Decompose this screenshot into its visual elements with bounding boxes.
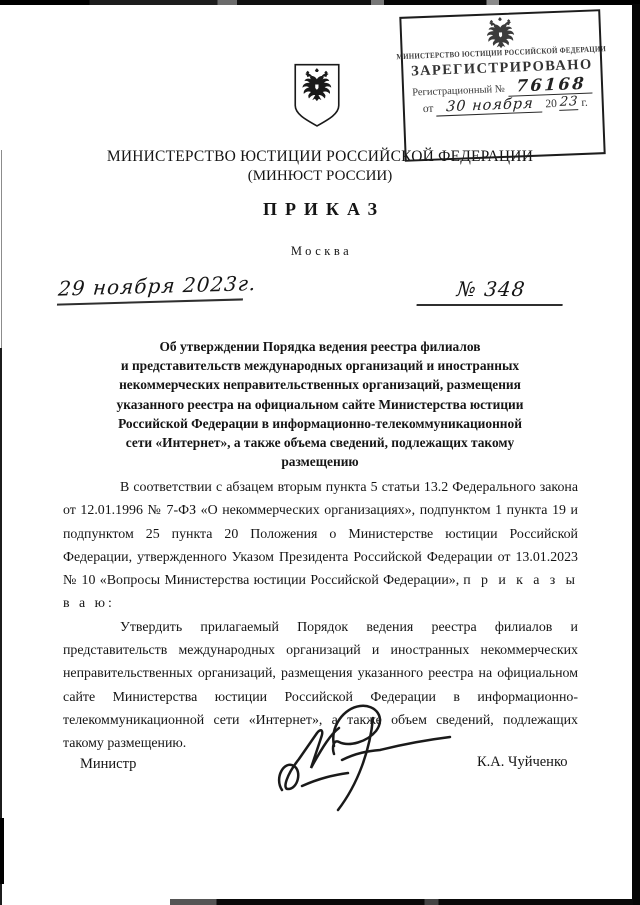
- title-line: Российской Федерации в информационно-тел…: [80, 414, 560, 433]
- stamp-eagle-icon: [481, 16, 519, 49]
- document-type-title: ПРИКАЗ: [0, 199, 640, 220]
- title-line: размещению: [80, 452, 560, 471]
- scan-edge-top: [0, 0, 640, 5]
- body-paragraph-1: В соответствии с абзацем вторым пункта 5…: [63, 476, 578, 616]
- city-label: Москва: [0, 244, 640, 259]
- title-line: сети «Интернет», а также объема сведений…: [80, 433, 560, 452]
- title-line: Об утверждении Порядка ведения реестра ф…: [80, 337, 560, 356]
- date-prefix-label: от: [423, 102, 434, 116]
- title-line: некоммерческих неправительственных орган…: [80, 375, 560, 394]
- order-date-handwritten: 29 ноября 2023г.: [57, 271, 245, 305]
- title-line: и представительств международных организ…: [80, 356, 560, 375]
- order-title: Об утверждении Порядка ведения реестра ф…: [80, 337, 560, 471]
- coat-of-arms-icon: [289, 62, 345, 130]
- year-written: 23: [559, 95, 579, 111]
- scan-edge-right: [632, 4, 640, 905]
- order-number-handwritten: № 348: [416, 277, 565, 306]
- ministry-short-name: (МИНЮСТ РОССИИ): [0, 168, 640, 185]
- registration-date-value: 30 ноября: [436, 96, 543, 116]
- signer-name: К.А. Чуйченко: [477, 754, 568, 771]
- registration-stamp: МИНИСТЕРСТВО ЮСТИЦИИ РОССИЙСКОЙ ФЕДЕРАЦИ…: [399, 9, 605, 162]
- year-printed: 20: [545, 98, 557, 112]
- handwritten-signature: [272, 698, 457, 820]
- registration-number-value: 76168: [508, 75, 593, 96]
- paragraph-1-text: В соответствии с абзацем вторым пункта 5…: [63, 480, 578, 588]
- signer-position-label: Министр: [80, 756, 136, 773]
- year-suffix: г.: [581, 96, 588, 110]
- title-line: указанного реестра на официальном сайте …: [80, 395, 560, 414]
- scanned-order-document: МИНИСТЕРСТВО ЮСТИЦИИ РОССИЙСКОЙ ФЕДЕРАЦИ…: [0, 0, 640, 905]
- scan-edge-bottom: [170, 899, 633, 905]
- scan-edge-left: [0, 818, 4, 884]
